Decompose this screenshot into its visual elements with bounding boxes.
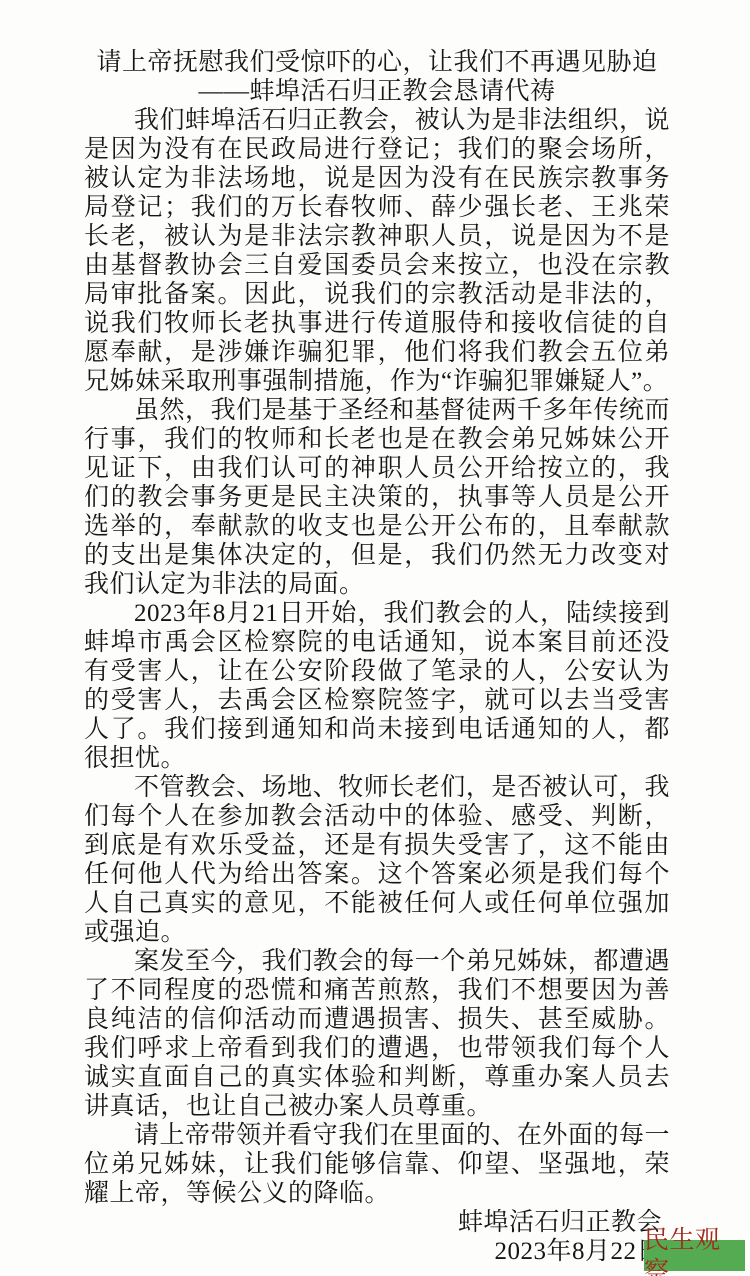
- scanned-document-page: { "doc": { "title_line1": "请上帝抚慰我们受惊吓的心，…: [0, 0, 750, 1276]
- paragraph-6: 请上帝带领并看守我们在里面的、在外面的每一位弟兄姊妹，让我们能够信靠、仰望、坚强…: [84, 1121, 670, 1208]
- signature-date: 2023年8月22日: [84, 1237, 662, 1266]
- paragraph-2: 虽然，我们是基于圣经和基督徒两千多年传统而行事，我们的牧师和长老也是在教会弟兄姊…: [84, 396, 670, 599]
- paragraph-3: 2023年8月21日开始，我们教会的人，陆续接到蚌埠市禹会区检察院的电话通知，说…: [84, 599, 670, 773]
- minsheng-guancha-watermark-badge: 民生观察: [644, 1240, 745, 1271]
- prayer-letter: 请上帝抚慰我们受惊吓的心，让我们不再遇见胁迫 ——蚌埠活石归正教会恳请代祷 我们…: [84, 48, 670, 1266]
- paragraph-1: 我们蚌埠活石归正教会，被认为是非法组织，说是因为没有在民政局进行登记；我们的聚会…: [84, 106, 670, 396]
- paragraph-4: 不管教会、场地、牧师长老们，是否被认可，我们每个人在参加教会活动中的体验、感受、…: [84, 773, 670, 947]
- signature-church-name: 蚌埠活石归正教会: [84, 1208, 662, 1237]
- document-subtitle: ——蚌埠活石归正教会恳请代祷: [84, 77, 670, 106]
- signature-block: 蚌埠活石归正教会 2023年8月22日: [84, 1208, 670, 1266]
- document-title: 请上帝抚慰我们受惊吓的心，让我们不再遇见胁迫: [84, 48, 670, 77]
- document-body: 我们蚌埠活石归正教会，被认为是非法组织，说是因为没有在民政局进行登记；我们的聚会…: [84, 106, 670, 1208]
- paragraph-5: 案发至今，我们教会的每一个弟兄姊妹，都遭遇了不同程度的恐慌和痛苦煎熬，我们不想要…: [84, 947, 670, 1121]
